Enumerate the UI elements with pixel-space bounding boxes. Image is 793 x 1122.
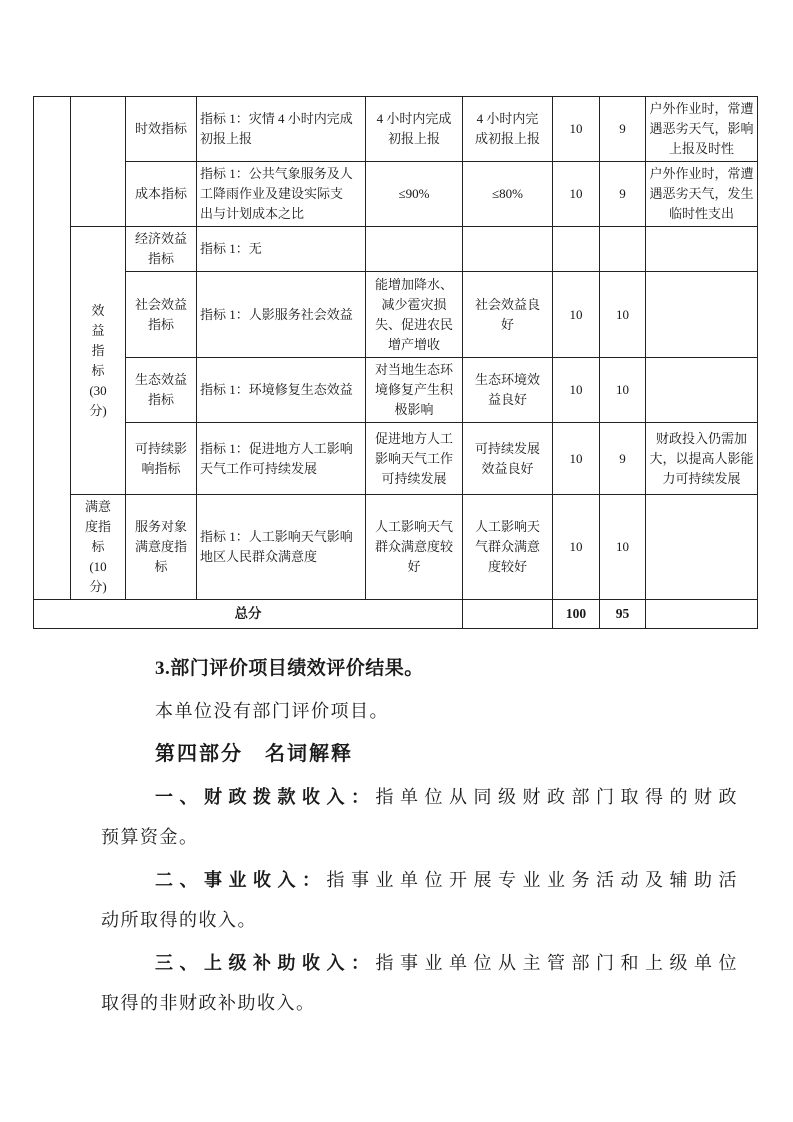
target-value-cell: ≤90% xyxy=(366,162,463,227)
paragraph-dept-eval-result: 3.部门评价项目绩效评价结果。 xyxy=(101,648,738,688)
note-cell: 户外作业时，常遭 遇恶劣天气，发生 临时性支出 xyxy=(646,162,758,227)
note-cell: 财政投入仍需加 大，以提高人影能 力可持续发展 xyxy=(646,423,758,495)
paragraph-line: 二、事业收入：指事业单位开展专业业务活动及辅助活 xyxy=(101,860,738,900)
level2-indicator-cell: 经济效益 指标 xyxy=(126,227,197,272)
level3-indicator-cell: 指标 1：促进地方人工影响 天气工作可持续发展 xyxy=(197,423,366,495)
level2-indicator-cell: 成本指标 xyxy=(126,162,197,227)
paragraph-line: 三、上级补助收入：指事业单位从主管部门和上级单位 xyxy=(101,943,738,983)
outer-group-empty-cell xyxy=(34,97,71,600)
table-row: 社会效益 指标 指标 1：人影服务社会效益 能增加降水、 减少雹灾损 失、促进农… xyxy=(34,272,758,358)
level3-indicator-cell: 指标 1：无 xyxy=(197,227,366,272)
table-row: 成本指标 指标 1：公共气象服务及人 工降雨作业及建设实际支 出与计划成本之比 … xyxy=(34,162,758,227)
target-value-cell: 人工影响天气 群众满意度较 好 xyxy=(366,495,463,600)
glossary-text-section: 3.部门评价项目绩效评价结果。 本单位没有部门评价项目。 第四部分 名词解释 一… xyxy=(101,648,738,1023)
level3-indicator-cell: 指标 1：环境修复生态效益 xyxy=(197,358,366,423)
paragraph-line: 本单位没有部门评价项目。 xyxy=(101,691,738,731)
paragraph-part4-heading: 第四部分 名词解释 xyxy=(101,734,738,774)
total-empty-cell xyxy=(463,600,553,629)
paragraph-no-dept-eval: 本单位没有部门评价项目。 xyxy=(101,691,738,731)
actual-value-cell: 社会效益良 好 xyxy=(463,272,553,358)
line-text: 本单位没有部门评价项目。 xyxy=(155,701,389,721)
actual-value-cell xyxy=(463,227,553,272)
paragraph-fiscal-appropriation: 一、财政拨款收入：指单位从同级财政部门取得的财政 预算资金。 xyxy=(101,777,738,857)
note-cell xyxy=(646,227,758,272)
score-cell: 10 xyxy=(600,495,646,600)
points-cell: 10 xyxy=(553,272,600,358)
level3-indicator-cell: 指标 1：人工影响天气影响 地区人民群众满意度 xyxy=(197,495,366,600)
line-text: 指事业单位开展专业业务活动及辅助活 xyxy=(327,870,739,890)
table-row: 满意 度指 标 (10 分) 服务对象 满意度指 标 指标 1：人工影响天气影响… xyxy=(34,495,758,600)
paragraph-line: 一、财政拨款收入：指单位从同级财政部门取得的财政 xyxy=(101,777,738,817)
actual-value-cell: 4 小时内完 成初报上报 xyxy=(463,97,553,162)
score-cell: 10 xyxy=(600,358,646,423)
target-value-cell: 对当地生态环 境修复产生积 极影响 xyxy=(366,358,463,423)
line-text: 动所取得的收入。 xyxy=(101,910,257,930)
heading-text: 第四部分 名词解释 xyxy=(155,743,353,765)
paragraph-line: 动所取得的收入。 xyxy=(101,900,738,940)
table-row: 可持续影 响指标 指标 1：促进地方人工影响 天气工作可持续发展 促进地方人工 … xyxy=(34,423,758,495)
table-total-row: 总分 100 95 xyxy=(34,600,758,629)
actual-value-cell: 生态环境效 益良好 xyxy=(463,358,553,423)
target-value-cell: 4 小时内完成 初报上报 xyxy=(366,97,463,162)
points-cell: 10 xyxy=(553,358,600,423)
actual-value-cell: 人工影响天 气群众满意 度较好 xyxy=(463,495,553,600)
heading-text: 3.部门评价项目绩效评价结果。 xyxy=(155,658,424,679)
actual-value-cell: ≤80% xyxy=(463,162,553,227)
level3-indicator-cell: 指标 1：人影服务社会效益 xyxy=(197,272,366,358)
score-cell: 10 xyxy=(600,272,646,358)
line-text: 取得的非财政补助收入。 xyxy=(101,993,316,1013)
score-cell: 9 xyxy=(600,97,646,162)
level2-indicator-cell: 可持续影 响指标 xyxy=(126,423,197,495)
actual-value-cell: 可持续发展 效益良好 xyxy=(463,423,553,495)
points-cell: 10 xyxy=(553,495,600,600)
level3-indicator-cell: 指标 1：灾情 4 小时内完成 初报上报 xyxy=(197,97,366,162)
total-label-cell: 总分 xyxy=(34,600,463,629)
target-value-cell: 促进地方人工 影响天气工作 可持续发展 xyxy=(366,423,463,495)
score-cell: 9 xyxy=(600,423,646,495)
level2-indicator-cell: 社会效益 指标 xyxy=(126,272,197,358)
total-note-empty-cell xyxy=(646,600,758,629)
line-text: 预算资金。 xyxy=(101,827,199,847)
note-cell xyxy=(646,358,758,423)
performance-indicator-table: 时效指标 指标 1：灾情 4 小时内完成 初报上报 4 小时内完成 初报上报 4… xyxy=(33,96,758,629)
total-points-cell: 100 xyxy=(553,600,600,629)
score-cell: 9 xyxy=(600,162,646,227)
points-cell: 10 xyxy=(553,423,600,495)
term-lead: 三、上级补助收入： xyxy=(155,953,376,973)
note-cell: 户外作业时，常遭 遇恶劣天气，影响 上报及时性 xyxy=(646,97,758,162)
table-row: 效 益 指 标 (30 分) 经济效益 指标 指标 1：无 xyxy=(34,227,758,272)
group-cell-benefit: 效 益 指 标 (30 分) xyxy=(71,227,126,495)
line-text: 指事业单位从主管部门和上级单位 xyxy=(376,953,739,973)
group-cell-empty xyxy=(71,97,126,227)
table-row: 生态效益 指标 指标 1：环境修复生态效益 对当地生态环 境修复产生积 极影响 … xyxy=(34,358,758,423)
points-cell: 10 xyxy=(553,97,600,162)
heading-part4-glossary: 第四部分 名词解释 xyxy=(101,734,738,774)
paragraph-superior-subsidy: 三、上级补助收入：指事业单位从主管部门和上级单位 取得的非财政补助收入。 xyxy=(101,943,738,1023)
heading-dept-eval-result: 3.部门评价项目绩效评价结果。 xyxy=(101,648,738,688)
target-value-cell: 能增加降水、 减少雹灾损 失、促进农民 增产增收 xyxy=(366,272,463,358)
total-score-cell: 95 xyxy=(600,600,646,629)
points-cell: 10 xyxy=(553,162,600,227)
target-value-cell xyxy=(366,227,463,272)
group-cell-satisfaction: 满意 度指 标 (10 分) xyxy=(71,495,126,600)
level2-indicator-cell: 时效指标 xyxy=(126,97,197,162)
note-cell xyxy=(646,495,758,600)
table-row: 时效指标 指标 1：灾情 4 小时内完成 初报上报 4 小时内完成 初报上报 4… xyxy=(34,97,758,162)
line-text: 指单位从同级财政部门取得的财政 xyxy=(376,787,739,807)
paragraph-line: 预算资金。 xyxy=(101,817,738,857)
paragraph-operating-income: 二、事业收入：指事业单位开展专业业务活动及辅助活 动所取得的收入。 xyxy=(101,860,738,940)
term-lead: 一、财政拨款收入： xyxy=(155,787,376,807)
term-lead: 二、事业收入： xyxy=(155,870,327,890)
points-cell xyxy=(553,227,600,272)
level3-indicator-cell: 指标 1：公共气象服务及人 工降雨作业及建设实际支 出与计划成本之比 xyxy=(197,162,366,227)
level2-indicator-cell: 服务对象 满意度指 标 xyxy=(126,495,197,600)
paragraph-line: 取得的非财政补助收入。 xyxy=(101,983,738,1023)
score-cell xyxy=(600,227,646,272)
level2-indicator-cell: 生态效益 指标 xyxy=(126,358,197,423)
note-cell xyxy=(646,272,758,358)
